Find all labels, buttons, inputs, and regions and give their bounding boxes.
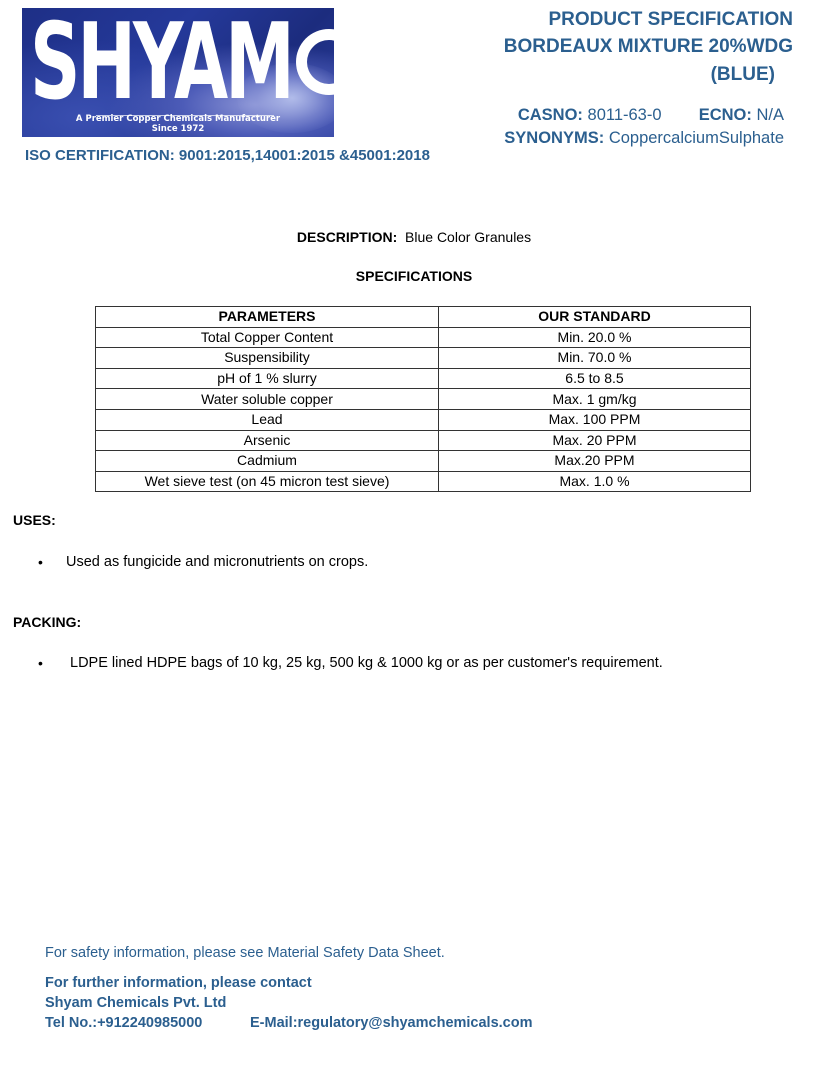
telephone: Tel No.:+912240985000 bbox=[45, 1015, 202, 1031]
cas-ec-row: CASNO: 8011-63-0 ECNO: N/A bbox=[518, 106, 784, 125]
description-value: Blue Color Granules bbox=[405, 229, 531, 245]
email-link[interactable]: E-Mail:regulatory@shyamchemicals.com bbox=[250, 1015, 533, 1031]
bullet-icon bbox=[38, 554, 66, 571]
packing-item-text: LDPE lined HDPE bags of 10 kg, 25 kg, 50… bbox=[70, 655, 663, 672]
doc-title-line1: PRODUCT SPECIFICATION bbox=[548, 9, 793, 31]
uses-item-text: Used as fungicide and micronutrients on … bbox=[66, 554, 368, 571]
ec-label: ECNO: bbox=[699, 106, 752, 124]
table-row: CadmiumMax.20 PPM bbox=[96, 451, 751, 472]
parameter-cell: Wet sieve test (on 45 micron test sieve) bbox=[96, 471, 439, 492]
parameter-cell: Total Copper Content bbox=[96, 327, 439, 348]
column-header-standard: OUR STANDARD bbox=[439, 307, 751, 328]
standard-cell: Max. 20 PPM bbox=[439, 430, 751, 451]
table-row: Water soluble copperMax. 1 gm/kg bbox=[96, 389, 751, 410]
table-row: SuspensibilityMin. 70.0 % bbox=[96, 348, 751, 369]
list-item: Used as fungicide and micronutrients on … bbox=[38, 554, 368, 571]
parameter-cell: Suspensibility bbox=[96, 348, 439, 369]
logo-tagline-block: A Premier Copper Chemicals Manufacturer … bbox=[22, 114, 334, 134]
description: DESCRIPTION: Blue Color Granules bbox=[0, 229, 828, 245]
specifications-heading: SPECIFICATIONS bbox=[0, 268, 828, 284]
cas-label: CASNO: bbox=[518, 106, 583, 124]
standard-cell: Max. 1.0 % bbox=[439, 471, 751, 492]
parameter-cell: Arsenic bbox=[96, 430, 439, 451]
uses-heading: USES: bbox=[13, 512, 56, 528]
doc-title-line2: BORDEAUX MIXTURE 20%WDG bbox=[504, 36, 793, 58]
company-name: Shyam Chemicals Pvt. Ltd bbox=[45, 995, 226, 1011]
standard-cell: Min. 20.0 % bbox=[439, 327, 751, 348]
table-header-row: PARAMETERS OUR STANDARD bbox=[96, 307, 751, 328]
logo-brand-left: SHYAM bbox=[30, 10, 292, 115]
synonyms-row: SYNONYMS: CoppercalciumSulphate bbox=[504, 129, 784, 148]
table-row: LeadMax. 100 PPM bbox=[96, 409, 751, 430]
specifications-table: PARAMETERS OUR STANDARD Total Copper Con… bbox=[95, 306, 751, 492]
doc-title-line3: (BLUE) bbox=[711, 64, 775, 86]
contact-intro: For further information, please contact bbox=[45, 975, 312, 991]
cas-value: 8011-63-0 bbox=[588, 106, 662, 124]
logo-tagline: A Premier Copper Chemicals Manufacturer bbox=[22, 114, 334, 124]
table-row: ArsenicMax. 20 PPM bbox=[96, 430, 751, 451]
description-label: DESCRIPTION: bbox=[297, 229, 397, 245]
logo-since: Since 1972 bbox=[22, 124, 334, 134]
parameter-cell: pH of 1 % slurry bbox=[96, 368, 439, 389]
standard-cell: Max. 100 PPM bbox=[439, 409, 751, 430]
parameter-cell: Lead bbox=[96, 409, 439, 430]
synonyms-value: CoppercalciumSulphate bbox=[609, 129, 784, 147]
company-logo: SHYAM HEM A Premier Copper Chemicals Man… bbox=[22, 8, 334, 137]
column-header-parameters: PARAMETERS bbox=[96, 307, 439, 328]
packing-heading: PACKING: bbox=[13, 614, 81, 630]
bullet-icon bbox=[38, 655, 70, 672]
logo-c-ring-icon bbox=[296, 29, 334, 95]
parameter-cell: Cadmium bbox=[96, 451, 439, 472]
table-row: pH of 1 % slurry6.5 to 8.5 bbox=[96, 368, 751, 389]
iso-certification: ISO CERTIFICATION: 9001:2015,14001:2015 … bbox=[25, 147, 430, 164]
synonyms-label: SYNONYMS: bbox=[504, 129, 604, 147]
standard-cell: Max. 1 gm/kg bbox=[439, 389, 751, 410]
table-row: Wet sieve test (on 45 micron test sieve)… bbox=[96, 471, 751, 492]
table-row: Total Copper ContentMin. 20.0 % bbox=[96, 327, 751, 348]
parameter-cell: Water soluble copper bbox=[96, 389, 439, 410]
logo-wordmark: SHYAM HEM bbox=[30, 12, 334, 112]
standard-cell: 6.5 to 8.5 bbox=[439, 368, 751, 389]
ec-value: N/A bbox=[756, 106, 784, 124]
list-item: LDPE lined HDPE bags of 10 kg, 25 kg, 50… bbox=[38, 655, 663, 672]
standard-cell: Max.20 PPM bbox=[439, 451, 751, 472]
safety-note: For safety information, please see Mater… bbox=[45, 945, 445, 961]
standard-cell: Min. 70.0 % bbox=[439, 348, 751, 369]
